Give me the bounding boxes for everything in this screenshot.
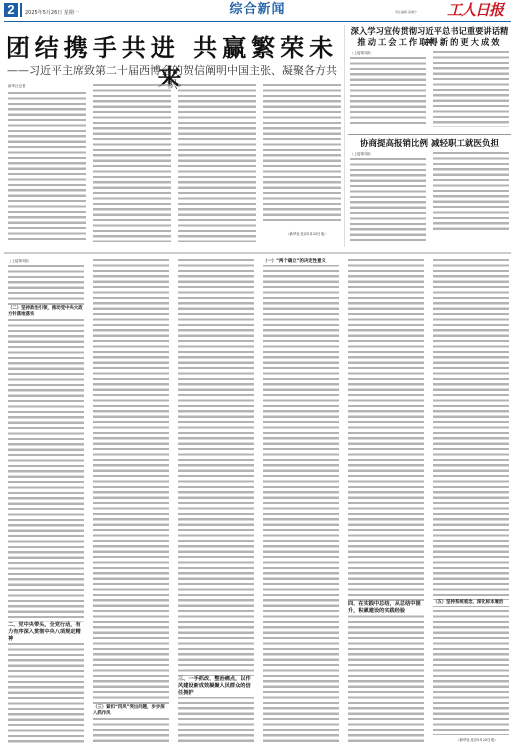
- right-article-divider: [348, 134, 511, 135]
- right-article-2-headline: 协商提高报销比例 减轻职工就医负担: [348, 139, 511, 150]
- right-article-1-column-1: [350, 57, 426, 127]
- masthead-rule: [4, 21, 511, 22]
- lower-column-6: [433, 259, 509, 735]
- lower-subheading-6: 四、在实践中总结，从总结中提升，积累建设的实践经验: [348, 601, 424, 615]
- lower-byline: （上接第1版）: [8, 259, 31, 264]
- right-article-2-column-2: [433, 152, 509, 232]
- lower-subheading-7: （五）坚持系统观念，深化标本兼治: [433, 600, 509, 606]
- lower-column-4: [263, 259, 339, 745]
- lower-subheading-3: （三）紧扣“四风”突出问题，步步深入抓作风: [93, 705, 169, 717]
- right-article-2-column-1: [350, 158, 426, 242]
- lead-column-1: [8, 92, 86, 242]
- lower-subheading-1: （二）坚持政治引领，推动党中央大政方针落地落实: [8, 306, 84, 318]
- section-title: 综合新闻: [0, 2, 515, 18]
- masthead: 2 2025年5月26日 星期一 综合新闻 责任编辑 高湘宁 工人日报: [0, 0, 515, 22]
- lower-subheading-4: 三、一手抓改、整治痛点，以作风建设新成效凝聚人民群众的信任拥护: [178, 676, 254, 697]
- lower-subheading-5: （一）“两个确立”的决定性意义: [263, 259, 339, 265]
- lower-dateline: （新华社北京5月25日电）: [452, 738, 498, 743]
- editor-line: 责任编辑 高湘宁: [395, 10, 417, 14]
- lead-column-4: [263, 84, 341, 224]
- lower-column-1: [8, 265, 84, 745]
- right-article-2-byline: （上接第1版）: [350, 152, 373, 157]
- right-article-1-byline: （上接第1版）: [350, 51, 373, 56]
- lead-column-2: [93, 84, 171, 242]
- section-divider: [4, 252, 511, 254]
- lower-column-3: [178, 259, 254, 745]
- right-article-1-headline-line2: 推动工会工作取得新的更大成效: [348, 37, 511, 48]
- column-divider: [344, 25, 345, 247]
- lower-column-2: [93, 259, 169, 745]
- newspaper-logo: 工人日报: [447, 1, 503, 19]
- lower-subheading-2: 二、党中央带头，全党行动，有力有序深入贯彻中央八项规定精神: [8, 622, 84, 643]
- right-article-1-column-2: [433, 51, 509, 127]
- lead-byline: 新华社记者: [8, 84, 26, 89]
- lead-dateline: （新华社北京5月25日电）: [282, 232, 328, 237]
- lower-column-5: [348, 259, 424, 745]
- lead-column-3: [178, 84, 256, 242]
